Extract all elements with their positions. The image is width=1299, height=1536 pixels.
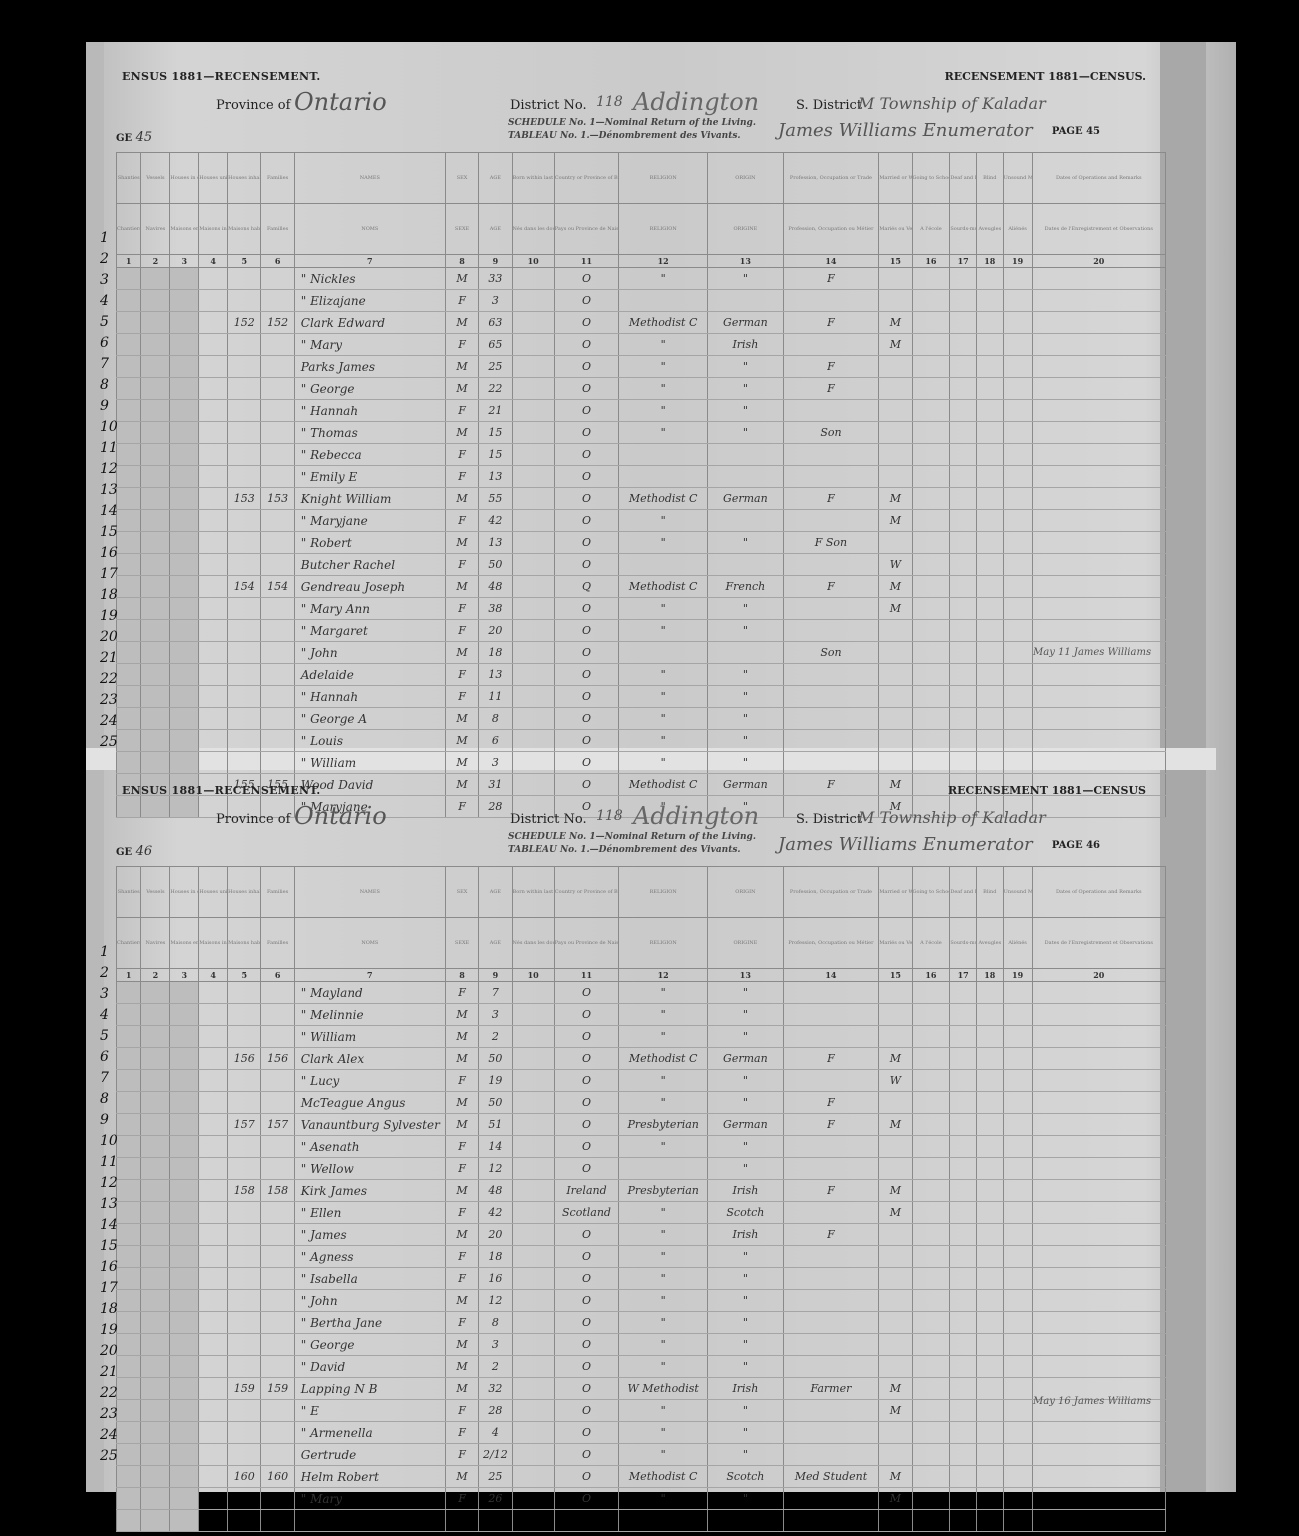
cell-birthplace: O xyxy=(554,598,618,620)
cell-age: 6 xyxy=(479,730,512,752)
cell-blind xyxy=(976,1114,1003,1136)
cell-unsound xyxy=(1003,1444,1032,1466)
cell-blind xyxy=(976,444,1003,466)
cell-deaf xyxy=(950,1026,977,1048)
cell-age: 12 xyxy=(479,1290,512,1312)
column-header-fr: Sourds-muets xyxy=(950,918,977,969)
cell-houses-uninhabited xyxy=(199,642,228,664)
cell-religion: " xyxy=(619,664,708,686)
cell-born-last-year xyxy=(512,1312,554,1334)
cell-name: Knight William xyxy=(294,488,445,510)
column-header-fr: RELIGION xyxy=(619,918,708,969)
cell-school xyxy=(912,1026,950,1048)
cell-houses-construction xyxy=(170,1488,199,1510)
cell-name: " William xyxy=(294,1026,445,1048)
cell-blind xyxy=(976,356,1003,378)
cell-married xyxy=(879,982,912,1004)
cell-families xyxy=(261,730,294,752)
cell-families xyxy=(261,1004,294,1026)
cell-religion xyxy=(619,466,708,488)
cell-origin: " xyxy=(708,1136,784,1158)
cell-religion: " xyxy=(619,422,708,444)
cell-sex: M xyxy=(445,1180,478,1202)
cell-vessels xyxy=(141,1510,170,1532)
column-header-fr: ORIGINE xyxy=(708,204,784,255)
cell-occupation xyxy=(783,1026,879,1048)
cell-deaf xyxy=(950,576,977,598)
cell-families xyxy=(261,1224,294,1246)
cell-name: " James xyxy=(294,1224,445,1246)
row-numbers: 1234567891011121314151617181920212223242… xyxy=(100,228,122,753)
cell-born-last-year xyxy=(512,1334,554,1356)
table-row: " JohnM18OSon xyxy=(117,642,1166,664)
cell-deaf xyxy=(950,444,977,466)
column-number: 6 xyxy=(261,969,294,982)
cell-religion: " xyxy=(619,686,708,708)
cell-religion: " xyxy=(619,1422,708,1444)
cell-name: " William xyxy=(294,752,445,774)
cell-families xyxy=(261,554,294,576)
cell-vessels xyxy=(141,598,170,620)
cell-remarks xyxy=(1032,1136,1165,1158)
cell-born-last-year xyxy=(512,1378,554,1400)
cell-school xyxy=(912,1246,950,1268)
table-row: " RobertM13O""F Son xyxy=(117,532,1166,554)
column-header: Houses uninhabited xyxy=(199,153,228,204)
cell-age: 15 xyxy=(479,444,512,466)
cell-houses-uninhabited xyxy=(199,1158,228,1180)
column-number: 17 xyxy=(950,969,977,982)
cell-born-last-year xyxy=(512,466,554,488)
cell-houses-uninhabited xyxy=(199,400,228,422)
cell-blind xyxy=(976,1092,1003,1114)
cell-remarks xyxy=(1032,532,1165,554)
cell-sex: M xyxy=(445,752,478,774)
cell-occupation xyxy=(783,334,879,356)
cell-religion: " xyxy=(619,378,708,400)
cell-origin: " xyxy=(708,1312,784,1334)
cell-origin: " xyxy=(708,598,784,620)
cell-origin xyxy=(708,642,784,664)
cell-name: " Wellow xyxy=(294,1158,445,1180)
cell-school xyxy=(912,730,950,752)
cell-occupation xyxy=(783,466,879,488)
cell-sex: M xyxy=(445,576,478,598)
cell-families: 160 xyxy=(261,1466,294,1488)
cell-deaf xyxy=(950,730,977,752)
cell-houses-uninhabited xyxy=(199,1444,228,1466)
table-row: 158158Kirk JamesM48IrelandPresbyterianIr… xyxy=(117,1180,1166,1202)
cell-married xyxy=(879,1510,912,1532)
cell-houses-inhabited xyxy=(228,378,261,400)
cell-origin: German xyxy=(708,1048,784,1070)
cell-unsound xyxy=(1003,1004,1032,1026)
column-header-fr: Nés dans les douze derniers mois xyxy=(512,918,554,969)
cell-houses-uninhabited xyxy=(199,1268,228,1290)
cell-school xyxy=(912,554,950,576)
cell-religion: W Methodist xyxy=(619,1378,708,1400)
cell-houses-inhabited xyxy=(228,730,261,752)
cell-birthplace: Scotland xyxy=(554,1202,618,1224)
column-number: 5 xyxy=(228,969,261,982)
row-number: 14 xyxy=(100,501,122,522)
cell-religion: " xyxy=(619,1092,708,1114)
column-header: Houses uninhabited xyxy=(199,867,228,918)
cell-name: " Ellen xyxy=(294,1202,445,1224)
cell-families xyxy=(261,400,294,422)
schedule-english: SCHEDULE No. 1—Nominal Return of the Liv… xyxy=(508,118,756,128)
census-page-45: ENSUS 1881—RECENSEMENT.RECENSEMENT 1881—… xyxy=(108,62,1160,752)
cell-school xyxy=(912,1202,950,1224)
cell-families xyxy=(261,1202,294,1224)
cell-origin: Irish xyxy=(708,1180,784,1202)
row-number: 8 xyxy=(100,375,122,396)
table-row: " ElizajaneF3O xyxy=(117,290,1166,312)
row-number: 11 xyxy=(100,438,122,459)
cell-occupation xyxy=(783,752,879,774)
row-number: 23 xyxy=(100,690,122,711)
column-header: Deaf and Dumb xyxy=(950,867,977,918)
column-header: Dates of Operations and Remarks xyxy=(1032,153,1165,204)
cell-occupation xyxy=(783,1202,879,1224)
cell-blind xyxy=(976,1158,1003,1180)
row-number: 21 xyxy=(100,1362,122,1383)
cell-houses-construction xyxy=(170,510,199,532)
header-row-french: ChantiersNaviresMaisons en voie de const… xyxy=(117,204,1166,255)
cell-houses-uninhabited xyxy=(199,1004,228,1026)
census-title-right: RECENSEMENT 1881—CENSUS. xyxy=(945,70,1146,83)
cell-vessels xyxy=(141,444,170,466)
cell-families xyxy=(261,1290,294,1312)
cell-unsound xyxy=(1003,620,1032,642)
cell-sex: M xyxy=(445,1290,478,1312)
cell-families xyxy=(261,356,294,378)
cell-sex: F xyxy=(445,1202,478,1224)
column-number: 18 xyxy=(976,969,1003,982)
cell-houses-inhabited xyxy=(228,642,261,664)
cell-birthplace: O xyxy=(554,664,618,686)
cell-remarks xyxy=(1032,1312,1165,1334)
cell-sex: F xyxy=(445,598,478,620)
column-header: Blind xyxy=(976,153,1003,204)
cell-unsound xyxy=(1003,466,1032,488)
cell-unsound xyxy=(1003,1026,1032,1048)
cell-religion: " xyxy=(619,510,708,532)
cell-born-last-year xyxy=(512,1268,554,1290)
cell-age: 12 xyxy=(479,1158,512,1180)
cell-married xyxy=(879,1136,912,1158)
cell-sex: F xyxy=(445,1246,478,1268)
table-row: 153153Knight WilliamM55OMethodist CGerma… xyxy=(117,488,1166,510)
cell-families: 159 xyxy=(261,1378,294,1400)
cell-birthplace: O xyxy=(554,312,618,334)
cell-school xyxy=(912,620,950,642)
cell-vessels xyxy=(141,1092,170,1114)
cell-birthplace: O xyxy=(554,466,618,488)
cell-occupation xyxy=(783,1356,879,1378)
remarks-note: May 11 James Williams xyxy=(1033,647,1151,658)
cell-unsound xyxy=(1003,268,1032,290)
cell-occupation xyxy=(783,1246,879,1268)
cell-houses-inhabited xyxy=(228,1356,261,1378)
cell-origin: " xyxy=(708,1400,784,1422)
cell-houses-inhabited xyxy=(228,620,261,642)
cell-houses-construction xyxy=(170,752,199,774)
cell-houses-construction xyxy=(170,1180,199,1202)
cell-age: 51 xyxy=(479,1114,512,1136)
cell-occupation xyxy=(783,1136,879,1158)
cell-deaf xyxy=(950,1224,977,1246)
cell-houses-uninhabited xyxy=(199,1488,228,1510)
cell-married xyxy=(879,1004,912,1026)
cell-families xyxy=(261,1422,294,1444)
column-number: 12 xyxy=(619,969,708,982)
cell-vessels xyxy=(141,982,170,1004)
row-number: 7 xyxy=(100,1068,122,1089)
cell-vessels xyxy=(141,378,170,400)
cell-age: 8 xyxy=(479,1312,512,1334)
row-number: 25 xyxy=(100,1446,122,1467)
cell-blind xyxy=(976,708,1003,730)
row-number: 13 xyxy=(100,1194,122,1215)
cell-occupation: F xyxy=(783,1180,879,1202)
cell-name: " Margaret xyxy=(294,620,445,642)
cell-school xyxy=(912,1510,950,1532)
column-header-fr: NOMS xyxy=(294,204,445,255)
header-row-french: ChantiersNaviresMaisons en voie de const… xyxy=(117,918,1166,969)
column-header-fr: NOMS xyxy=(294,918,445,969)
cell-school xyxy=(912,532,950,554)
cell-origin: " xyxy=(708,1422,784,1444)
cell-houses-construction xyxy=(170,708,199,730)
cell-deaf xyxy=(950,1092,977,1114)
cell-houses-construction xyxy=(170,1202,199,1224)
cell-vessels xyxy=(141,1202,170,1224)
cell-remarks xyxy=(1032,1466,1165,1488)
cell-blind xyxy=(976,642,1003,664)
cell-blind xyxy=(976,554,1003,576)
cell-name: " Nickles xyxy=(294,268,445,290)
cell-birthplace: O xyxy=(554,730,618,752)
column-header-fr: A l'école xyxy=(912,204,950,255)
column-header: Profession, Occupation or Trade xyxy=(783,867,879,918)
cell-occupation xyxy=(783,1444,879,1466)
cell-unsound xyxy=(1003,752,1032,774)
column-header-fr: Familles xyxy=(261,918,294,969)
cell-school xyxy=(912,1444,950,1466)
cell-religion: " xyxy=(619,620,708,642)
cell-married: M xyxy=(879,334,912,356)
row-number: 8 xyxy=(100,1089,122,1110)
row-number: 25 xyxy=(100,732,122,753)
cell-born-last-year xyxy=(512,1224,554,1246)
cell-born-last-year xyxy=(512,598,554,620)
column-header-fr: Maisons en voie de construction xyxy=(170,204,199,255)
cell-houses-construction xyxy=(170,1246,199,1268)
cell-origin: " xyxy=(708,1334,784,1356)
cell-age: 13 xyxy=(479,532,512,554)
cell-origin xyxy=(708,554,784,576)
cell-houses-inhabited xyxy=(228,1158,261,1180)
cell-vessels xyxy=(141,1400,170,1422)
cell-vessels xyxy=(141,1158,170,1180)
cell-vessels xyxy=(141,1136,170,1158)
cell-houses-inhabited xyxy=(228,1290,261,1312)
remarks-note: May 16 James Williams xyxy=(1033,1396,1151,1407)
cell-occupation xyxy=(783,1488,879,1510)
cell-religion: " xyxy=(619,708,708,730)
column-header-fr: AGE xyxy=(479,918,512,969)
cell-married xyxy=(879,1334,912,1356)
cell-vessels xyxy=(141,1180,170,1202)
cell-blind xyxy=(976,312,1003,334)
cell-married: W xyxy=(879,1070,912,1092)
cell-school xyxy=(912,982,950,1004)
cell-houses-construction xyxy=(170,1224,199,1246)
cell-occupation xyxy=(783,982,879,1004)
cell-sex: F xyxy=(445,444,478,466)
cell-name: Gertrude xyxy=(294,1444,445,1466)
cell-remarks xyxy=(1032,1290,1165,1312)
cell-unsound xyxy=(1003,1422,1032,1444)
table-row: " EllenF42Scotland"ScotchM xyxy=(117,1202,1166,1224)
row-number: 5 xyxy=(100,312,122,333)
cell-school xyxy=(912,752,950,774)
table-row: " JohnM12O"" xyxy=(117,1290,1166,1312)
row-number: 12 xyxy=(100,1173,122,1194)
cell-origin: German xyxy=(708,312,784,334)
cell-occupation xyxy=(783,1334,879,1356)
cell-unsound xyxy=(1003,1180,1032,1202)
cell-houses-inhabited xyxy=(228,466,261,488)
cell-houses-inhabited xyxy=(228,1400,261,1422)
column-header: Vessels xyxy=(141,867,170,918)
cell-occupation: Son xyxy=(783,422,879,444)
cell-blind xyxy=(976,532,1003,554)
cell-married xyxy=(879,466,912,488)
cell-age: 13 xyxy=(479,664,512,686)
cell-houses-construction xyxy=(170,1070,199,1092)
cell-name: " George xyxy=(294,1334,445,1356)
cell-houses-inhabited xyxy=(228,982,261,1004)
cell-married xyxy=(879,290,912,312)
cell-houses-inhabited xyxy=(228,1070,261,1092)
cell-deaf xyxy=(950,1510,977,1532)
cell-houses-inhabited xyxy=(228,400,261,422)
cell-unsound xyxy=(1003,1158,1032,1180)
cell-unsound xyxy=(1003,708,1032,730)
cell-birthplace: O xyxy=(554,268,618,290)
cell-name: Helm Robert xyxy=(294,1466,445,1488)
row-number: 17 xyxy=(100,564,122,585)
cell-houses-construction xyxy=(170,488,199,510)
cell-born-last-year xyxy=(512,532,554,554)
cell-born-last-year xyxy=(512,268,554,290)
cell-name: " Maryjane xyxy=(294,510,445,532)
cell-religion xyxy=(619,444,708,466)
cell-religion: " xyxy=(619,1334,708,1356)
column-header-fr: Profession, Occupation ou Métier xyxy=(783,204,879,255)
cell-vessels xyxy=(141,268,170,290)
cell-occupation: Med Student xyxy=(783,1466,879,1488)
table-row: 160160Helm RobertM25OMethodist CScotchMe… xyxy=(117,1466,1166,1488)
column-number: 13 xyxy=(708,969,784,982)
cell-origin: " xyxy=(708,1356,784,1378)
cell-vessels xyxy=(141,1004,170,1026)
cell-deaf xyxy=(950,532,977,554)
cell-houses-uninhabited xyxy=(199,620,228,642)
cell-origin: Scotch xyxy=(708,1466,784,1488)
cell-houses-uninhabited xyxy=(199,1026,228,1048)
cell-age: 18 xyxy=(479,642,512,664)
column-header-fr: ORIGINE xyxy=(708,918,784,969)
cell-remarks xyxy=(1032,708,1165,730)
cell-families xyxy=(261,1268,294,1290)
cell-married: M xyxy=(879,576,912,598)
table-row: " MelinnieM3O"" xyxy=(117,1004,1166,1026)
cell-houses-uninhabited xyxy=(199,1466,228,1488)
cell-sex: F xyxy=(445,1070,478,1092)
cell-occupation: F xyxy=(783,1048,879,1070)
cell-houses-inhabited xyxy=(228,290,261,312)
cell-remarks xyxy=(1032,1268,1165,1290)
cell-occupation: F xyxy=(783,312,879,334)
cell-sex: M xyxy=(445,1334,478,1356)
cell-vessels xyxy=(141,664,170,686)
cell-unsound xyxy=(1003,312,1032,334)
cell-deaf xyxy=(950,752,977,774)
cell-sex: M xyxy=(445,268,478,290)
cell-sex: M xyxy=(445,422,478,444)
cell-name: " Hannah xyxy=(294,400,445,422)
cell-families: 153 xyxy=(261,488,294,510)
cell-unsound xyxy=(1003,1268,1032,1290)
cell-deaf xyxy=(950,1422,977,1444)
cell-married: M xyxy=(879,312,912,334)
cell-born-last-year xyxy=(512,1136,554,1158)
cell-remarks xyxy=(1032,598,1165,620)
cell-families xyxy=(261,686,294,708)
cell-houses-construction xyxy=(170,576,199,598)
column-header-fr: Familles xyxy=(261,204,294,255)
cell-unsound xyxy=(1003,1510,1032,1532)
column-number: 3 xyxy=(170,969,199,982)
cell-birthplace: O xyxy=(554,708,618,730)
cell-birthplace: O xyxy=(554,1268,618,1290)
cell-origin: Irish xyxy=(708,1224,784,1246)
cell-unsound xyxy=(1003,1466,1032,1488)
cell-born-last-year xyxy=(512,1246,554,1268)
cell-unsound xyxy=(1003,1246,1032,1268)
cell-religion xyxy=(619,1510,708,1532)
column-header: AGE xyxy=(479,153,512,204)
cell-remarks xyxy=(1032,1158,1165,1180)
cell-houses-construction xyxy=(170,400,199,422)
cell-occupation: Farmer xyxy=(783,1378,879,1400)
cell-born-last-year xyxy=(512,356,554,378)
page-number-left: GE 45 xyxy=(116,130,152,145)
cell-occupation xyxy=(783,1422,879,1444)
table-row: Parks JamesM25O""F xyxy=(117,356,1166,378)
row-number: 20 xyxy=(100,1341,122,1362)
cell-sex: F xyxy=(445,1400,478,1422)
census-title-right: RECENSEMENT 1881—CENSUS xyxy=(948,784,1146,797)
cell-married xyxy=(879,1246,912,1268)
row-number: 22 xyxy=(100,1383,122,1404)
cell-blind xyxy=(976,1488,1003,1510)
cell-name: " Asenath xyxy=(294,1136,445,1158)
cell-houses-construction xyxy=(170,1378,199,1400)
